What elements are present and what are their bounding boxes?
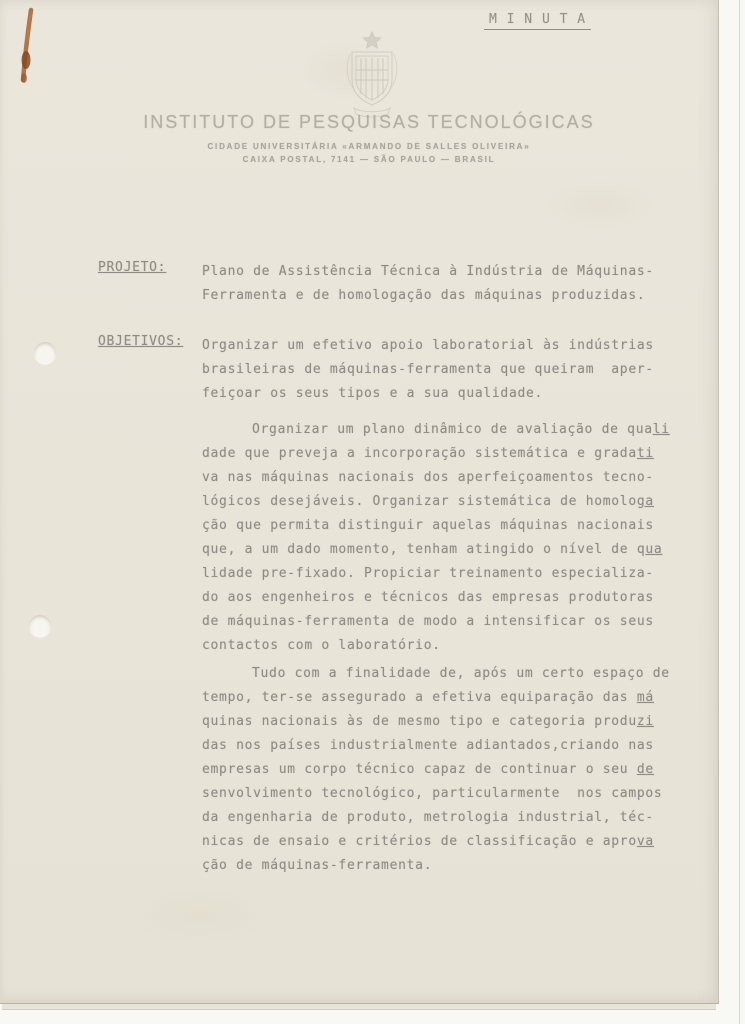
syllable-underline: ti [637,446,654,461]
section: PROJETO:Plano de Assistência Técnica à I… [98,260,678,308]
address-line-1: CIDADE UNIVERSITÁRIA «ARMANDO DE SALLES … [0,142,738,151]
paragraph: Organizar um plano dinâmico de avaliação… [202,418,678,658]
scanner-edge-line [739,0,740,1024]
typewritten-line: lógicos desejáveis. Organizar sistemátic… [202,490,678,514]
section: OBJETIVOS:Organizar um efetivo apoio lab… [98,334,678,878]
typewritten-line: Tudo com a finalidade de, após um certo … [202,662,678,686]
typewritten-line: ção de máquinas-ferramenta. [202,854,678,878]
typewritten-line: das nos países industrialmente adiantado… [202,734,678,758]
typewritten-line: quinas nacionais às de mesmo tipo e cate… [202,710,678,734]
section-content: Organizar um efetivo apoio laboratorial … [202,334,678,878]
punch-hole [29,615,51,637]
paragraph: Organizar um efetivo apoio laboratorial … [202,334,678,406]
typewritten-line: lidade pre-fixado. Propiciar treinamento… [202,562,678,586]
punch-hole [34,342,56,364]
syllable-underline: va [637,834,654,849]
typewritten-line: que, a um dado momento, tenham atingido … [202,538,678,562]
syllable-underline: ua [645,542,662,557]
minuta-stamp: M I N U T A [484,12,591,30]
coat-of-arms-icon [330,28,414,120]
syllable-underline: li [653,422,670,437]
typewritten-line: brasileiras de máquinas-ferramenta que q… [202,358,678,382]
underlying-sheet-edge [2,1004,716,1010]
typewritten-line: dade que preveja a incorporação sistemát… [202,442,678,466]
typewritten-line: va nas máquinas nacionais dos aperfeiçoa… [202,466,678,490]
typewritten-line: feiçoar os seus tipos e a sua qualidade. [202,382,678,406]
typewritten-line: Organizar um efetivo apoio laboratorial … [202,334,678,358]
section-content: Plano de Assistência Técnica à Indústria… [202,260,678,308]
typewritten-line: Ferramenta e de homologação das máquinas… [202,284,678,308]
typewritten-line: do aos engenheiros e técnicos das empres… [202,586,678,610]
typewritten-line: empresas um corpo técnico capaz de conti… [202,758,678,782]
typewritten-line: nicas de ensaio e critérios de classific… [202,830,678,854]
syllable-underline: de [637,762,654,777]
paragraph: Plano de Assistência Técnica à Indústria… [202,260,678,308]
typewritten-line: ção que permita distinguir aquelas máqui… [202,514,678,538]
paragraph: Tudo com a finalidade de, após um certo … [202,662,678,878]
section-label: OBJETIVOS: [98,334,183,349]
typewritten-line: senvolvimento tecnológico, particularmen… [202,782,678,806]
syllable-underline: ga [637,494,654,509]
institute-name: INSTITUTO DE PESQUISAS TECNOLÓGICAS [0,112,738,133]
syllable-underline: zi [637,714,654,729]
rust-stain-icon [12,4,52,94]
typewritten-line: tempo, ter-se assegurado a efetiva equip… [202,686,678,710]
typewritten-line: contactos com o laboratório. [202,634,678,658]
section-label: PROJETO: [98,260,166,275]
scanned-document-page: { "colors":{ "paper":"#e9e5d9", "ink":"#… [0,0,745,1024]
typewritten-line: Organizar um plano dinâmico de avaliação… [202,418,678,442]
typewritten-line: de máquinas-ferramenta de modo a intensi… [202,610,678,634]
typewritten-line: da engenharia de produto, metrologia ind… [202,806,678,830]
address-line-2: CAIXA POSTAL, 7141 — SÃO PAULO — BRASIL [0,155,738,164]
syllable-underline: má [637,690,654,705]
typewritten-line: Plano de Assistência Técnica à Indústria… [202,260,678,284]
